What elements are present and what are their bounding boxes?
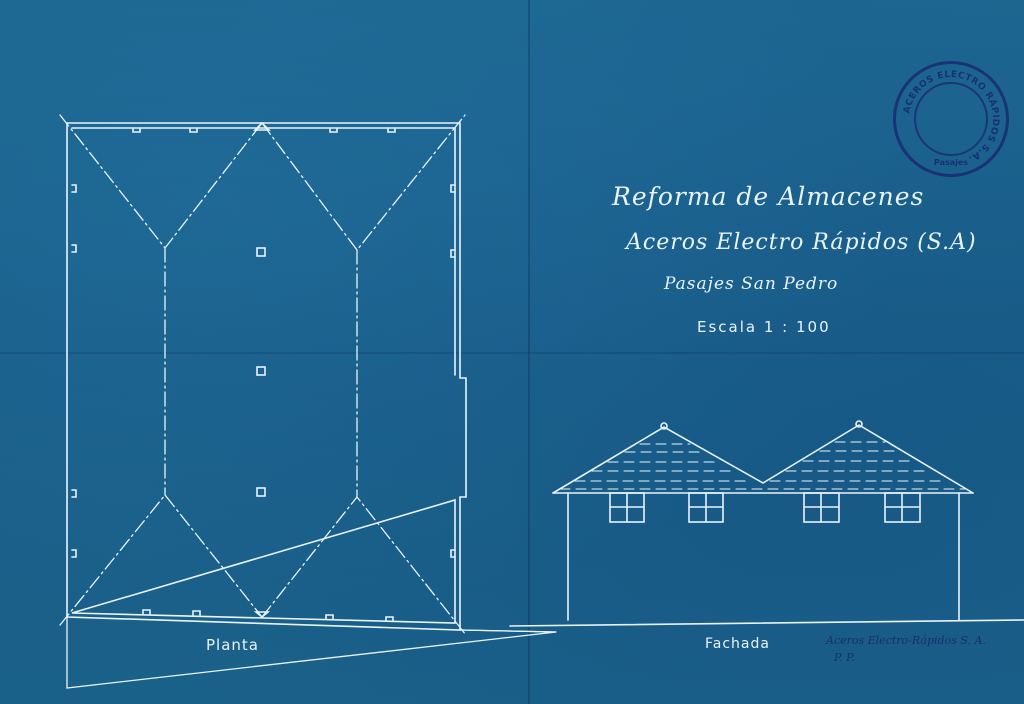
signature-company: Aceros Electro-Rápidos S. A.: [826, 634, 986, 647]
stamp-inner-ring: [914, 82, 988, 156]
company-stamp: ACEROS ELECTRO RÁPIDOS S.A. Pasajes: [893, 61, 1009, 177]
title-reforma-almacenes: Reforma de Almacenes: [612, 182, 924, 211]
stamp-bottom-text: Pasajes: [934, 158, 968, 167]
elevation-facade: [510, 421, 1024, 626]
floor-plan: [60, 115, 556, 688]
elevation-label: Fachada: [705, 636, 770, 652]
title-location: Pasajes San Pedro: [664, 274, 838, 294]
plan-label: Planta: [206, 636, 259, 654]
signature-block: Aceros Electro-Rápidos S. A. P. P.: [826, 634, 986, 664]
scale-label: Escala 1 : 100: [697, 318, 831, 336]
blueprint-drawing: [0, 0, 1024, 704]
blueprint-sheet: Reforma de Almacenes Aceros Electro Rápi…: [0, 0, 1024, 704]
windows: [610, 493, 920, 522]
signature-pp: P. P.: [834, 651, 986, 664]
title-company-name: Aceros Electro Rápidos (S.A): [626, 230, 977, 255]
